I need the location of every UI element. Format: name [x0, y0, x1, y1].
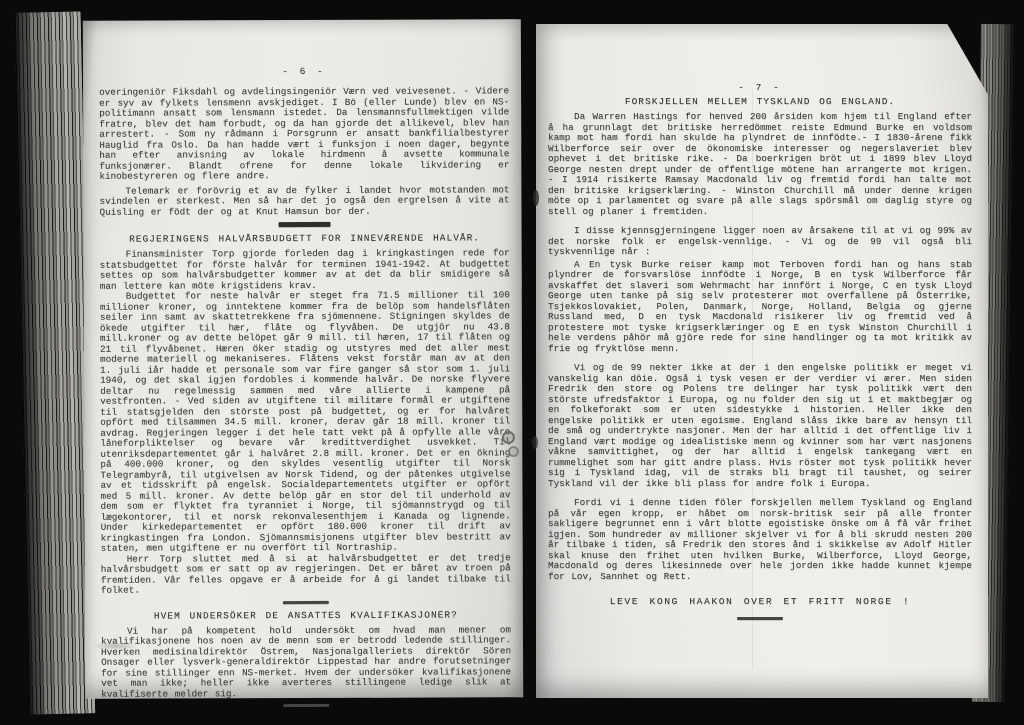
- book-spread: - 6 - overingeniör Fiksdahl og avdelings…: [0, 0, 1024, 725]
- paragraph: Vi og de 99 nekter ikke at der i den eng…: [548, 363, 972, 489]
- section-divider: [283, 704, 329, 707]
- section-divider: [279, 222, 331, 227]
- page-6: - 6 - overingeniör Fiksdahl og avdelings…: [83, 19, 523, 699]
- paragraph: Budgettet for neste halvår er steget fra…: [100, 290, 511, 554]
- scan-smudge: [92, 642, 138, 650]
- scan-blemish: [533, 190, 539, 206]
- paragraph: Telemark er forövrig et av de fylker i l…: [99, 185, 509, 218]
- section-heading-budget: REGJERINGENS HALVÅRSBUDGETT FOR INNEVÆRE…: [100, 232, 510, 244]
- page-crease: [752, 90, 753, 670]
- paragraph: Vi har på kompetent hold undersökt om hv…: [101, 625, 511, 700]
- page-7: - 7 - FORSKJELLEN MELLEM TYSKLAND OG ENG…: [536, 24, 988, 698]
- scan-blemish: [508, 446, 519, 457]
- paragraph: Da Warren Hastings for henved 200 årside…: [548, 112, 972, 217]
- article-heading: FORSKJELLEN MELLEM TYSKLAND OG ENGLAND.: [548, 96, 972, 107]
- paragraph: Finansminister Torp gjorde forleden dag …: [100, 248, 510, 291]
- page-number: - 6 -: [99, 65, 509, 77]
- paragraph: overingeniör Fiksdahl og avdelingsingeni…: [99, 86, 509, 182]
- scan-blemish: [532, 436, 538, 449]
- section-heading-qualifications: HVEM UNDERSÖKER DE ANSATTES KVALIFIKASJO…: [101, 609, 511, 621]
- paragraph: I disse kjennsgjerningene ligger noen av…: [548, 226, 972, 258]
- page-number: - 7 -: [548, 82, 972, 93]
- scan-blemish: [502, 431, 515, 444]
- paragraph: Herr Torp sluttet med å si at halvårsbud…: [101, 553, 511, 596]
- section-divider: [737, 617, 783, 620]
- paragraph: A En tysk Burke reiser kamp mot Terboven…: [548, 260, 972, 355]
- closing-slogan: LEVE KONG HAAKON OVER ET FRITT NORGE !: [548, 596, 972, 607]
- section-divider: [283, 600, 329, 603]
- paragraph: Fordi vi i denne tiden föler forskjellen…: [548, 498, 972, 582]
